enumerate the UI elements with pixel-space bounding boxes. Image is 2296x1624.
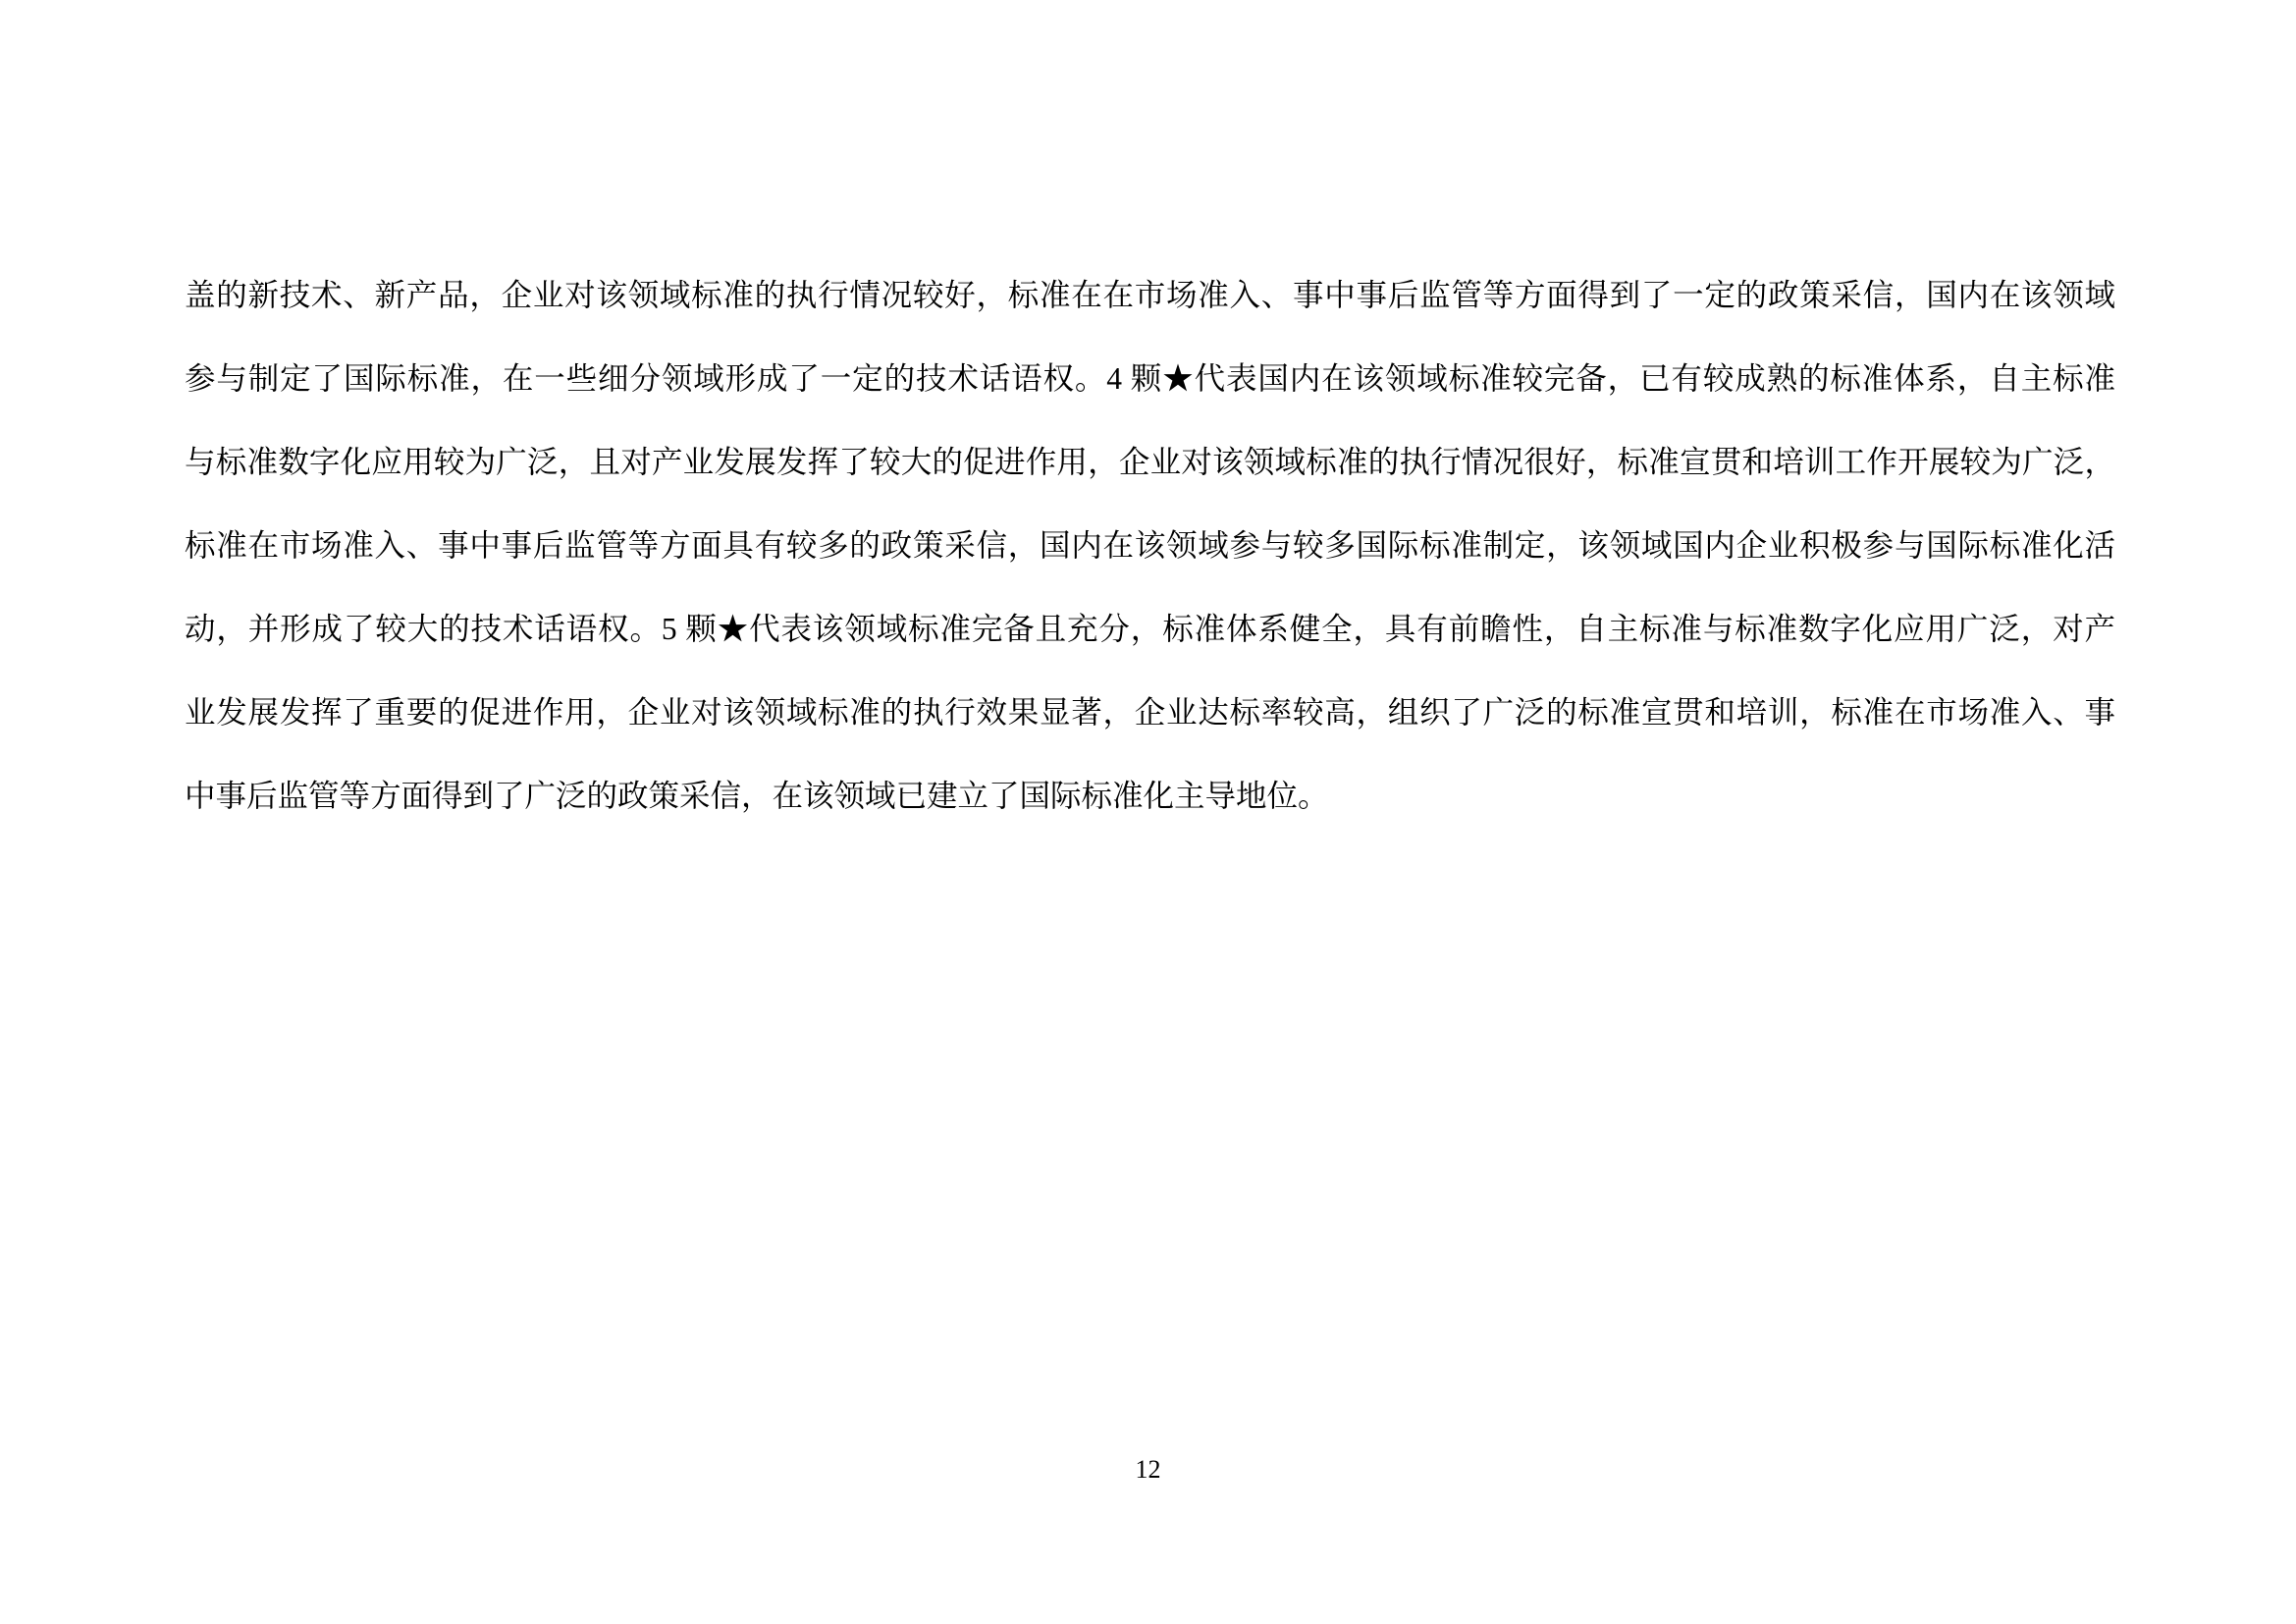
page-number: 12 bbox=[1136, 1455, 1161, 1484]
page-footer: 12 bbox=[0, 1454, 2296, 1486]
body-text-line-5: 动，并形成了较大的技术话语权。5 颗★代表该领域标准完备且充分，标准体系健全，具… bbox=[185, 587, 2115, 671]
body-text-line-3: 与标准数字化应用较为广泛，且对产业发展发挥了较大的促进作用，企业对该领域标准的执… bbox=[185, 420, 2115, 504]
body-text-line-7: 中事后监管等方面得到了广泛的政策采信，在该领域已建立了国际标准化主导地位。 bbox=[185, 754, 2115, 838]
body-text-line-6: 业发展发挥了重要的促进作用，企业对该领域标准的执行效果显著，企业达标率较高，组织… bbox=[185, 671, 2115, 754]
body-text-line-4: 标准在市场准入、事中事后监管等方面具有较多的政策采信，国内在该领域参与较多国际标… bbox=[185, 504, 2115, 587]
body-text-line-1: 盖的新技术、新产品，企业对该领域标准的执行情况较好，标准在在市场准入、事中事后监… bbox=[185, 253, 2115, 337]
body-paragraph: 盖的新技术、新产品，企业对该领域标准的执行情况较好，标准在在市场准入、事中事后监… bbox=[185, 253, 2115, 838]
document-page: 盖的新技术、新产品，企业对该领域标准的执行情况较好，标准在在市场准入、事中事后监… bbox=[0, 0, 2296, 1624]
body-text-line-2: 参与制定了国际标准，在一些细分领域形成了一定的技术话语权。4 颗★代表国内在该领… bbox=[185, 337, 2115, 420]
